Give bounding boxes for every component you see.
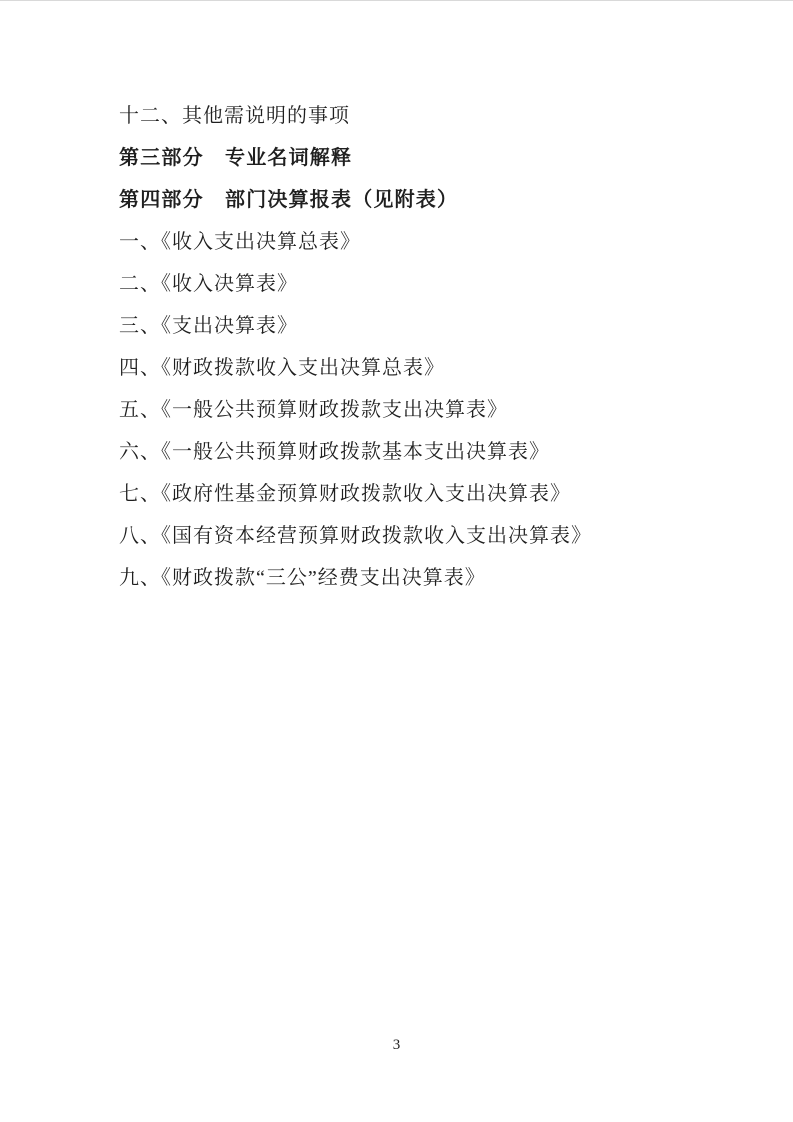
page-number: 3: [0, 1034, 793, 1056]
report-list-item-6: 六、《一般公共预算财政拨款基本支出决算表》: [119, 431, 753, 473]
report-list-item-2: 二、《收入决算表》: [119, 263, 753, 305]
heading-part-four: 第四部分 部门决算报表（见附表）: [119, 179, 753, 221]
report-list-item-1: 一、《收入支出决算总表》: [119, 221, 753, 263]
heading-part-three: 第三部分 专业名词解释: [119, 137, 753, 179]
report-list-item-4: 四、《财政拨款收入支出决算总表》: [119, 347, 753, 389]
document-page: 十二、其他需说明的事项 第三部分 专业名词解释 第四部分 部门决算报表（见附表）…: [0, 0, 793, 1122]
report-list-item-9: 九、《财政拨款“三公”经费支出决算表》: [119, 557, 753, 599]
report-list-item-8: 八、《国有资本经营预算财政拨款收入支出决算表》: [119, 515, 753, 557]
report-list-item-3: 三、《支出决算表》: [119, 305, 753, 347]
report-list-item-7: 七、《政府性基金预算财政拨款收入支出决算表》: [119, 473, 753, 515]
report-list-item-5: 五、《一般公共预算财政拨款支出决算表》: [119, 389, 753, 431]
paragraph-other-notes: 十二、其他需说明的事项: [119, 95, 753, 137]
document-content: 十二、其他需说明的事项 第三部分 专业名词解释 第四部分 部门决算报表（见附表）…: [119, 95, 753, 599]
